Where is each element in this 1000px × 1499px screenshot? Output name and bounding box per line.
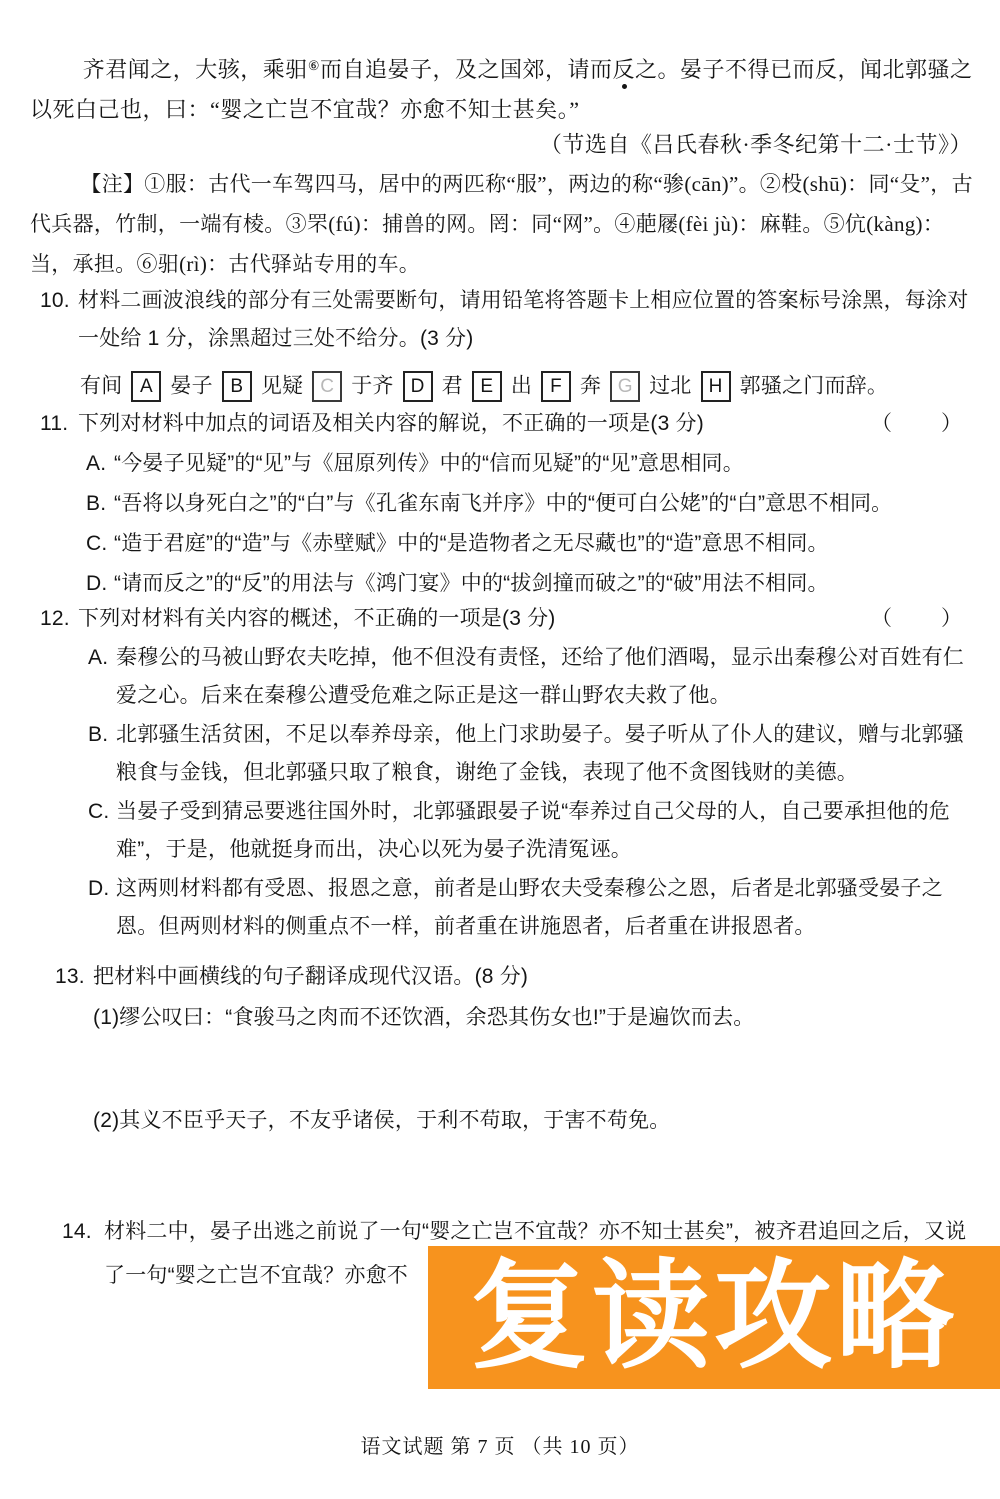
answer-box-G: G	[610, 371, 640, 402]
source-citation: （节选自《吕氏春秋·季冬纪第十二·士节》）	[30, 126, 972, 164]
question-14-line2: 了一句“婴之亡岂不宜哉？亦愈不	[104, 1264, 408, 1287]
option-text: “吾将以身死白之”的“白”与《孔雀东南飞并序》中的“便可白公姥”的“白”意思不相…	[114, 492, 892, 515]
q10-segment-text: 郭骚之门而辞。	[740, 374, 888, 397]
question-10: 10. 材料二画波浪线的部分有三处需要断句，请用铅笔将答题卡上相应位置的答案标号…	[40, 282, 978, 405]
q12-option-b: B. 北郭骚生活贫困，不足以奉养母亲，他上门求助晏子。晏子听从了仆人的建议，赠与…	[40, 716, 980, 793]
material-text-b: 而自追晏子，及之国郊，请而	[320, 57, 613, 82]
q11-option-c: C. “造于君庭”的“造”与《赤壁赋》中的“是造物者之无尽藏也”的“造”意思不相…	[40, 524, 980, 564]
option-text: 这两则材料都有受恩、报恩之意，前者是山野农夫受秦穆公之恩，后者是北郭骚受晏子之恩…	[116, 877, 943, 939]
answer-parentheses: （ ）	[871, 404, 976, 444]
option-label: A.	[88, 639, 108, 678]
emphasized-char: 反	[612, 57, 635, 82]
q10-segment-text: 君	[442, 374, 463, 397]
option-text: “请而反之”的“反”的用法与《鸿门宴》中的“拔剑撞而破之”的“破”用法不相同。	[114, 572, 829, 595]
answer-box-B: B	[222, 371, 252, 402]
q12-option-d: D. 这两则材料都有受恩、报恩之意，前者是山野农夫受秦穆公之恩，后者是北郭骚受晏…	[40, 870, 980, 947]
annotations: 【注】①服：古代一车驾四马，居中的两匹称“服”，两边的称“骖(cān)”。②杸(…	[30, 164, 980, 284]
question-13-number: 13.	[55, 956, 85, 997]
promo-banner: 复读攻略	[428, 1246, 1000, 1389]
footnote-marker-6: ⑥	[308, 58, 320, 73]
question-10-number: 10.	[40, 282, 70, 320]
material-paragraph: 齐君闻之，大骇，乘驲⑥而自追晏子，及之国郊，请而反之。晏子不得已而反，闻北郭骚之…	[30, 46, 978, 130]
option-text: 当晏子受到猜忌要逃往国外时，北郭骚跟晏子说“奉养过自己父母的人，自己要承担他的危…	[116, 800, 950, 862]
q10-segment-line: 有间A晏子B见疑C于齐D君E出F奔G过北H郭骚之门而辞。	[40, 367, 978, 405]
q10-segment-text: 出	[511, 374, 532, 397]
question-13: 13. 把材料中画横线的句子翻译成现代汉语。(8 分) (1)缪公叹曰：“食骏马…	[55, 956, 980, 1141]
question-11: 11. 下列对材料中加点的词语及相关内容的解说，不正确的一项是(3 分) （ ）…	[40, 404, 980, 604]
answer-box-E: E	[472, 371, 502, 402]
question-14-line1: 材料二中，晏子出逃之前说了一句“婴之亡岂不宜哉？亦不知士甚矣”，被齐君追回之后，…	[104, 1220, 966, 1243]
question-11-number: 11.	[40, 404, 68, 444]
question-12-number: 12.	[40, 600, 70, 639]
question-12: 12. 下列对材料有关内容的概述，不正确的一项是(3 分) （ ） A. 秦穆公…	[40, 600, 980, 947]
page-footer: 语文试题 第 7 页 （共 10 页）	[0, 1430, 1000, 1459]
q13-translation-1: (1)缪公叹曰：“食骏马之肉而不还饮酒，余恐其伤女也!”于是遍饮而去。	[55, 997, 980, 1038]
answer-box-D: D	[403, 371, 433, 402]
question-14-number: 14.	[62, 1210, 92, 1254]
option-text: “造于君庭”的“造”与《赤壁赋》中的“是造物者之无尽藏也”的“造”意思不相同。	[114, 532, 829, 555]
promo-banner-text: 复读攻略	[470, 1246, 958, 1389]
option-label: A.	[86, 444, 106, 484]
question-11-stem: 下列对材料中加点的词语及相关内容的解说，不正确的一项是(3 分)	[78, 412, 704, 435]
exam-page: 齐君闻之，大骇，乘驲⑥而自追晏子，及之国郊，请而反之。晏子不得已而反，闻北郭骚之…	[0, 0, 1000, 1499]
option-label: C.	[88, 793, 109, 832]
q13-translation-2: (2)其义不臣乎天子，不友乎诸侯，于利不苟取，于害不苟免。	[55, 1100, 980, 1141]
option-text: 北郭骚生活贫困，不足以奉养母亲，他上门求助晏子。晏子听从了仆人的建议，赠与北郭骚…	[116, 723, 964, 785]
q10-segment-text: 见疑	[261, 374, 303, 397]
answer-box-A: A	[131, 371, 161, 402]
q10-segment-text: 有间	[80, 374, 122, 397]
answer-parentheses: （ ）	[871, 600, 976, 639]
option-label: D.	[86, 564, 107, 604]
answer-box-F: F	[541, 371, 571, 402]
question-10-stem: 材料二画波浪线的部分有三处需要断句，请用铅笔将答题卡上相应位置的答案标号涂黑，每…	[78, 289, 968, 350]
option-label: D.	[88, 870, 109, 909]
q10-segment-text: 于齐	[351, 374, 393, 397]
q11-option-d: D. “请而反之”的“反”的用法与《鸿门宴》中的“拔剑撞而破之”的“破”用法不相…	[40, 564, 980, 604]
option-text: “今晏子见疑”的“见”与《屈原列传》中的“信而见疑”的“见”意思相同。	[114, 452, 744, 475]
option-label: C.	[86, 524, 107, 564]
q10-segment-text: 晏子	[170, 374, 212, 397]
question-13-stem: 把材料中画横线的句子翻译成现代汉语。(8 分)	[93, 965, 528, 988]
option-label: B.	[86, 484, 106, 524]
option-label: B.	[88, 716, 108, 755]
q10-segment-text: 奔	[580, 374, 601, 397]
q12-option-a: A. 秦穆公的马被山野农夫吃掉，他不但没有责怪，还给了他们酒喝，显示出秦穆公对百…	[40, 639, 980, 716]
q10-segment-text: 过北	[649, 374, 691, 397]
q11-option-b: B. “吾将以身死白之”的“白”与《孔雀东南飞并序》中的“便可白公姥”的“白”意…	[40, 484, 980, 524]
q12-option-c: C. 当晏子受到猜忌要逃往国外时，北郭骚跟晏子说“奉养过自己父母的人，自己要承担…	[40, 793, 980, 870]
question-12-stem: 下列对材料有关内容的概述，不正确的一项是(3 分)	[78, 607, 556, 630]
option-text: 秦穆公的马被山野农夫吃掉，他不但没有责怪，还给了他们酒喝，显示出秦穆公对百姓有仁…	[116, 646, 964, 708]
answer-box-H: H	[701, 371, 731, 402]
answer-box-C: C	[312, 371, 342, 402]
material-text-a: 齐君闻之，大骇，乘驲	[83, 57, 308, 82]
q11-option-a: A. “今晏子见疑”的“见”与《屈原列传》中的“信而见疑”的“见”意思相同。	[40, 444, 980, 484]
